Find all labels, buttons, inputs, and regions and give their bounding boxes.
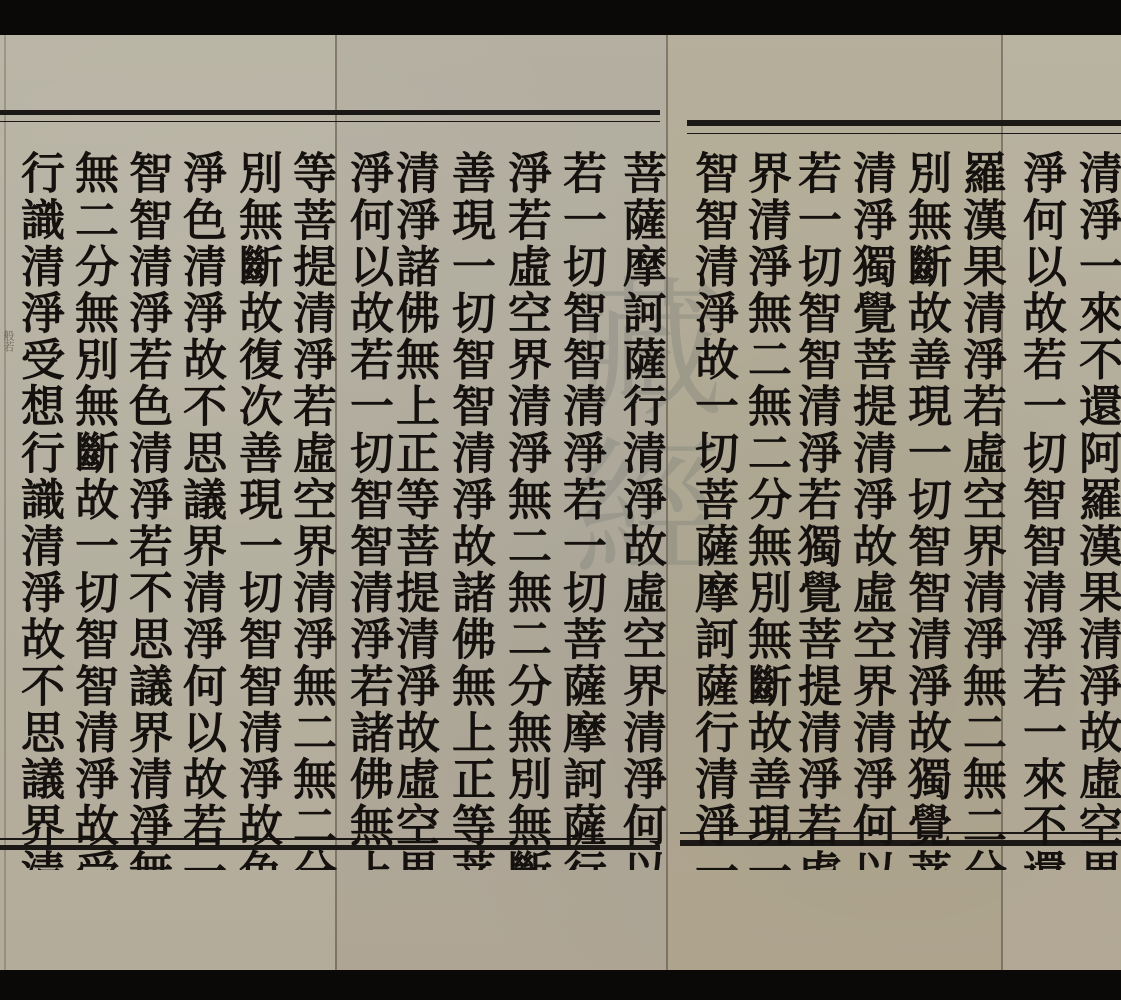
text-column-11: 淨若虛空界清淨無二無二分無別無斷故 bbox=[493, 150, 557, 870]
text-column-10: 若一切智智清淨若一切菩薩摩訶薩行清 bbox=[548, 150, 612, 870]
text-column-1: 清淨一來不還阿羅漢果清淨故虛空界清 bbox=[1064, 150, 1121, 870]
text-column-3: 羅漢果清淨若虛空界清淨無二無二分無 bbox=[948, 150, 1012, 870]
top-border-rule bbox=[687, 133, 1121, 134]
text-column-2: 淨何以故若一切智智清淨若一來不還阿 bbox=[1008, 150, 1072, 870]
text-column-16: 別無斷故復次善現一切智智清淨故色清 bbox=[224, 150, 288, 870]
text-column-9: 菩薩摩訶薩行清淨故虛空界清淨何以故 bbox=[608, 150, 672, 870]
text-column-5: 清淨獨覺菩提清淨故虛空界清淨何以故 bbox=[838, 150, 902, 870]
text-column-20: 行識清淨受想行識清淨故不思議界清淨 bbox=[6, 150, 70, 870]
top-border-rule bbox=[687, 120, 1121, 126]
scanned-document: 藏經 般若 清淨一來不還阿羅漢果清淨故虛空界清 淨何以故若一切智智清淨若一來不還… bbox=[0, 0, 1121, 1000]
text-column-14: 淨何以故若一切智智清淨若諸佛無上正 bbox=[335, 150, 399, 870]
text-column-12: 善現一切智智清淨故諸佛無上正等菩提 bbox=[437, 150, 501, 870]
text-column-4: 別無斷故善現一切智智清淨故獨覺菩提 bbox=[893, 150, 957, 870]
text-column-8: 智智清淨故一切菩薩摩訶薩行清淨一切 bbox=[680, 150, 744, 870]
top-border-rule bbox=[0, 110, 660, 115]
top-border-rule bbox=[0, 121, 660, 122]
